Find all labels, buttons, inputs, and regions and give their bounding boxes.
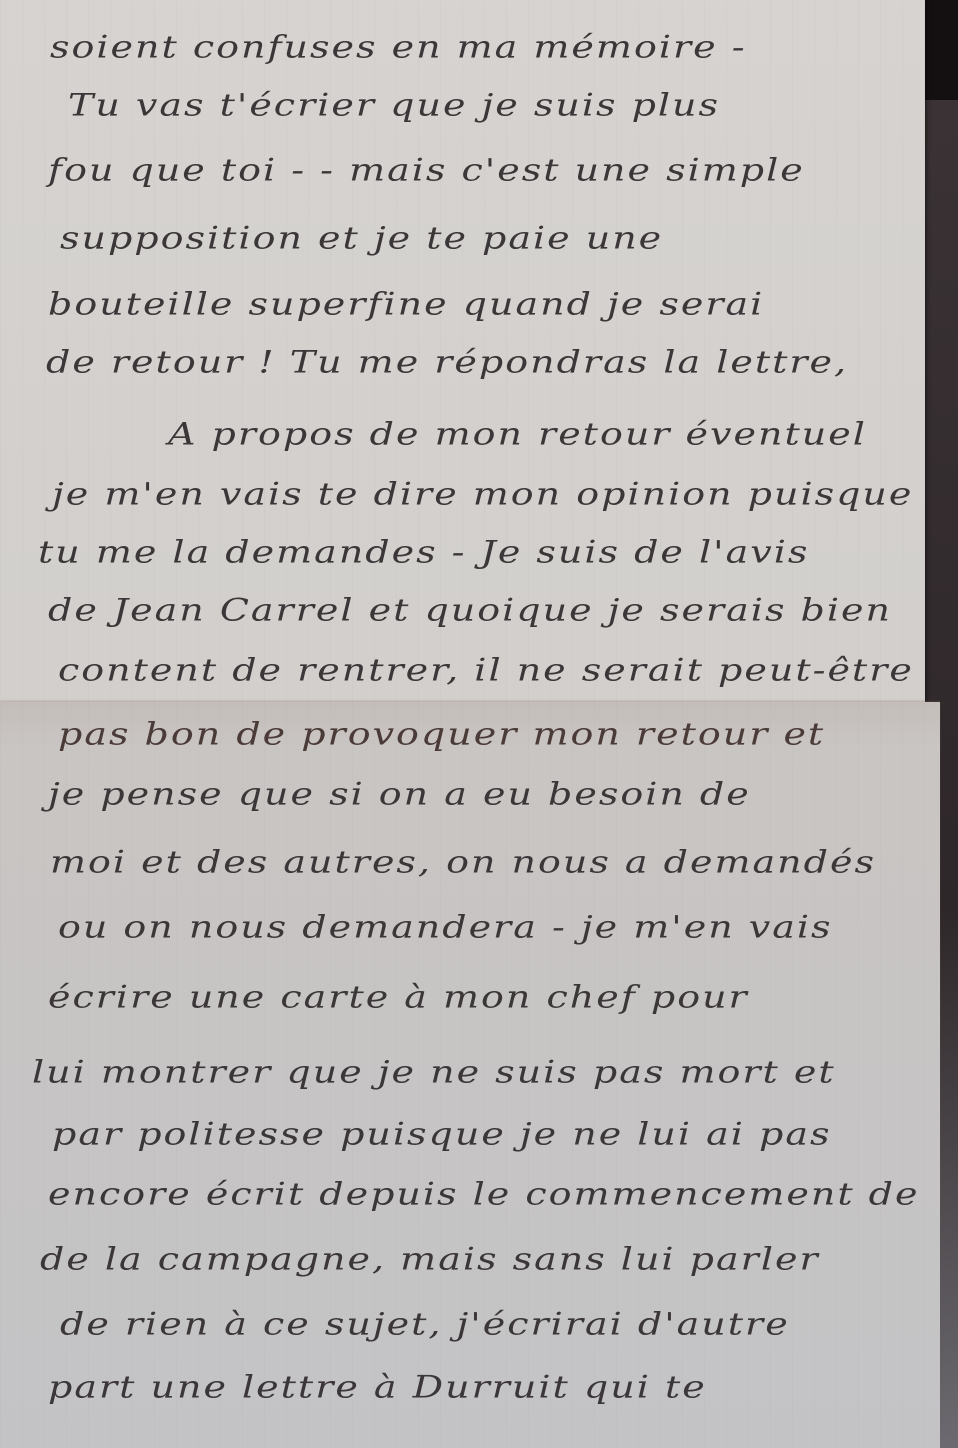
text-line: A propos de mon retour éventuel xyxy=(168,416,867,451)
text-line: je pense que si on a eu besoin de xyxy=(48,776,751,811)
text-line: je m'en vais te dire mon opinion puisque xyxy=(52,476,913,511)
text-line: de Jean Carrel et quoique je serais bien xyxy=(48,592,892,627)
text-line: supposition et je te paie une xyxy=(60,220,663,255)
text-line: Tu vas t'écrier que je suis plus xyxy=(68,87,720,122)
text-line: part une lettre à Durruit qui te xyxy=(48,1369,707,1404)
text-line: pas bon de provoquer mon retour et xyxy=(58,716,825,751)
text-line: écrire une carte à mon chef pour xyxy=(48,979,749,1014)
text-line: moi et des autres, on nous a demandés xyxy=(50,844,876,879)
text-line: fou que toi - - mais c'est une simple xyxy=(48,152,805,187)
text-line: tu me la demandes - Je suis de l'avis xyxy=(38,534,809,569)
text-line: par politesse puisque je ne lui ai pas xyxy=(52,1116,832,1151)
text-line: de retour ! Tu me répondras la lettre, xyxy=(46,344,848,379)
text-line: soient confuses en ma mémoire - xyxy=(50,29,747,64)
text-line: lui montrer que je ne suis pas mort et xyxy=(32,1054,836,1089)
text-line: bouteille superfine quand je serai xyxy=(48,286,764,321)
text-line: de rien à ce sujet, j'écrirai d'autre xyxy=(60,1306,790,1341)
text-line: encore écrit depuis le commencement de xyxy=(48,1176,919,1211)
text-line: ou on nous demandera - je m'en vais xyxy=(58,909,833,944)
letter-paper: soient confuses en ma mémoire - Tu vas t… xyxy=(0,0,925,1448)
text-line: content de rentrer, il ne serait peut-êt… xyxy=(58,652,914,687)
text-line: de la campagne, mais sans lui parler xyxy=(40,1241,820,1276)
